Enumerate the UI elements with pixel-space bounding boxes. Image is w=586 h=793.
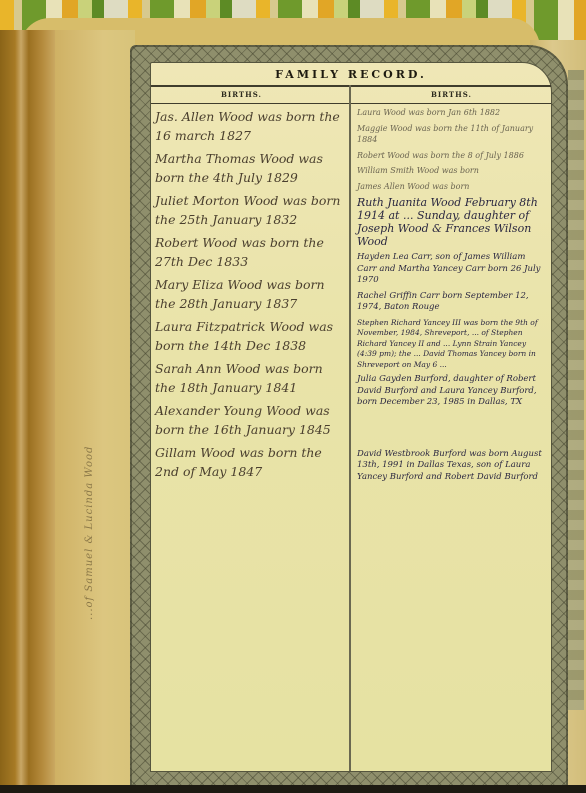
birth-entry: Stephen Richard Yancey III was born the … — [357, 318, 545, 371]
birth-entry: Jas. Allen Wood was born the 16 march 18… — [155, 107, 345, 145]
column-header-left: BIRTHS. — [221, 87, 262, 103]
title-bar: FAMILY RECORD. — [151, 63, 551, 87]
birth-entry: Martha Thomas Wood was born the 4th July… — [155, 149, 345, 187]
column-divider — [349, 85, 351, 771]
birth-entry: Laura Wood was born Jan 6th 1882 — [357, 107, 545, 119]
birth-entry: James Allen Wood was born — [357, 181, 545, 193]
birth-entry: Robert Wood was born the 27th Dec 1833 — [155, 233, 345, 271]
birth-entry: Juliet Morton Wood was born the 25th Jan… — [155, 191, 345, 229]
family-record-page: FAMILY RECORD. BIRTHS. BIRTHS. Jas. Alle… — [150, 62, 552, 772]
birth-entry: Ruth Juanita Wood February 8th 1914 at .… — [357, 196, 545, 248]
birth-entry: Laura Fitzpatrick Wood was born the 14th… — [155, 317, 345, 355]
book-spine-edge — [0, 30, 60, 793]
birth-entry: Hayden Lea Carr, son of James William Ca… — [357, 252, 545, 287]
birth-entry: Gillam Wood was born the 2nd of May 1847 — [155, 443, 345, 481]
birth-entry: Robert Wood was born the 8 of July 1886 — [357, 150, 545, 162]
birth-entry: David Westbrook Burford was born August … — [357, 449, 545, 484]
column-header-right: BIRTHS. — [431, 87, 472, 103]
birth-entry: Sarah Ann Wood was born the 18th January… — [155, 359, 345, 397]
left-margin-note: ...of Samuel & Lucinda Wood — [84, 240, 104, 620]
birth-entry: Mary Eliza Wood was born the 28th Januar… — [155, 275, 345, 313]
column-header-row: BIRTHS. BIRTHS. — [151, 87, 551, 104]
page-title: FAMILY RECORD. — [275, 68, 427, 81]
birth-entry: Alexander Young Wood was born the 16th J… — [155, 401, 345, 439]
birth-entry: Rachel Griffin Carr born September 12, 1… — [357, 291, 545, 314]
facing-page-border — [568, 70, 584, 710]
birth-entry: William Smith Wood was born — [357, 165, 545, 177]
birth-entry: Maggie Wood was born the 11th of January… — [357, 123, 545, 146]
births-column-left: Jas. Allen Wood was born the 16 march 18… — [155, 107, 345, 771]
bottom-shadow — [0, 785, 586, 793]
births-column-right: Laura Wood was born Jan 6th 1882 Maggie … — [357, 107, 545, 771]
birth-entry: Julia Gayden Burford, daughter of Robert… — [357, 374, 545, 409]
